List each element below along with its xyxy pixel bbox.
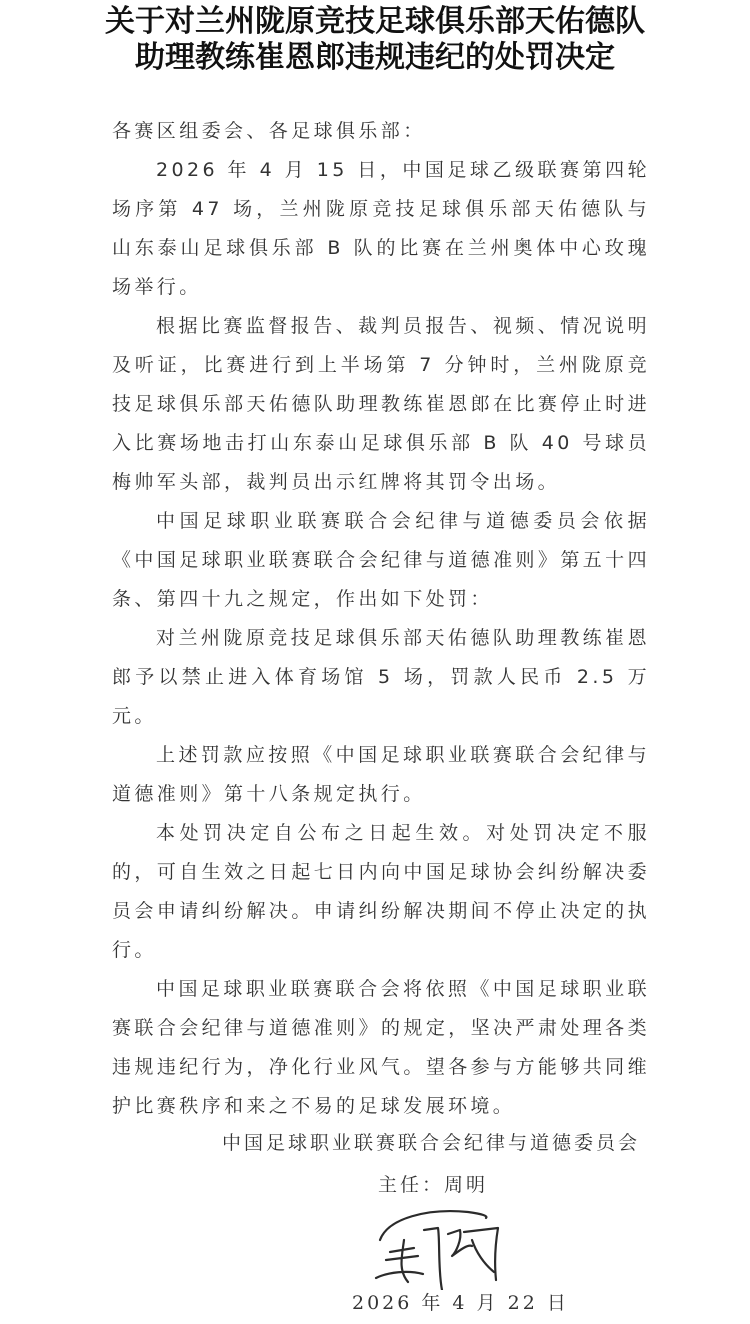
paragraph-closing: 中国足球职业联赛联合会将依照《中国足球职业联赛联合会纪律与道德准则》的规定，坚决… [112, 970, 650, 1126]
paragraph-effectiveness: 本处罚决定自公布之日起生效。对处罚决定不服的，可自生效之日起七日内向中国足球协会… [112, 814, 650, 970]
paragraph-incident: 根据比赛监督报告、裁判员报告、视频、情况说明及听证，比赛进行到上半场第 7 分钟… [112, 307, 650, 502]
paragraph-legal-basis: 中国足球职业联赛联合会纪律与道德委员会依据《中国足球职业联赛联合会纪律与道德准则… [112, 502, 650, 619]
title-line-2: 助理教练崔恩郎违规违纪的处罚决定 [0, 40, 750, 76]
signoff-date: 2026 年 4 月 22 日 [352, 1288, 569, 1315]
paragraph-penalty: 对兰州陇原竞技足球俱乐部天佑德队助理教练崔恩郎予以禁止进入体育场馆 5 场，罚款… [112, 619, 650, 736]
paragraph-match-info: 2026 年 4 月 15 日，中国足球乙级联赛第四轮场序第 47 场，兰州陇原… [112, 151, 650, 307]
signoff-organization: 中国足球职业联赛联合会纪律与道德委员会 [222, 1128, 640, 1155]
document-title: 关于对兰州陇原竞技足球俱乐部天佑德队 助理教练崔恩郎违规违纪的处罚决定 [0, 4, 750, 76]
document-body: 各赛区组委会、各足球俱乐部： 2026 年 4 月 15 日，中国足球乙级联赛第… [112, 112, 650, 1126]
salutation: 各赛区组委会、各足球俱乐部： [112, 112, 650, 151]
paragraph-fine-execution: 上述罚款应按照《中国足球职业联赛联合会纪律与道德准则》第十八条规定执行。 [112, 736, 650, 814]
title-line-1: 关于对兰州陇原竞技足球俱乐部天佑德队 [0, 4, 750, 40]
signoff-director: 主任：周明 [378, 1170, 488, 1197]
handwritten-signature-icon [368, 1200, 528, 1290]
